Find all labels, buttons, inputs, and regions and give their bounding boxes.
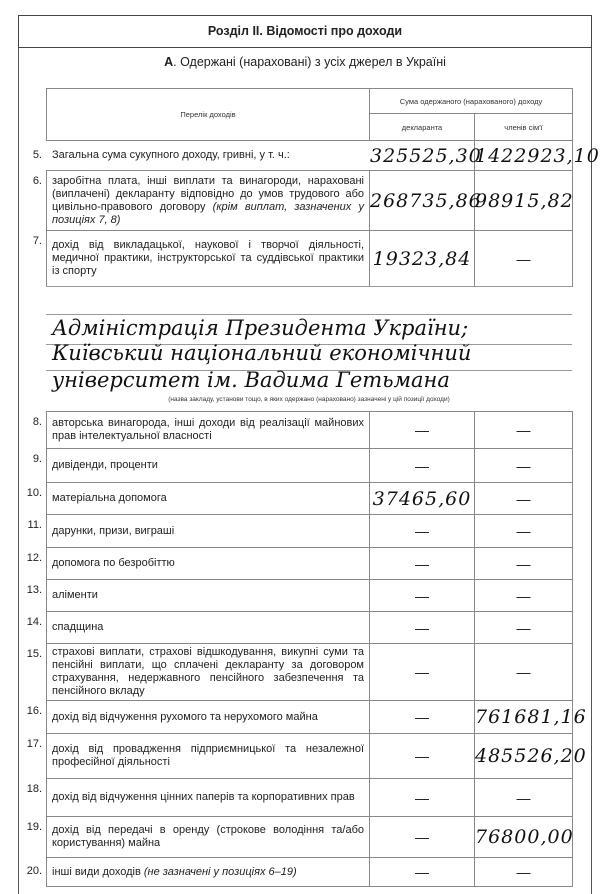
institution-line-3: університет ім. Вадима Гетьмана: [52, 368, 450, 392]
row-label: допомога по безробіттю: [47, 548, 370, 580]
declarant-amount: —: [370, 449, 475, 483]
income-table-header: Перелік доходів Сума одержаного (нарахов…: [46, 88, 573, 141]
row-label: дохід від відчуження рухомого та нерухом…: [47, 701, 370, 734]
declarant-amount: —: [370, 515, 475, 548]
table-row: авторська винагорода, інші доходи від ре…: [46, 411, 573, 449]
declarant-amount: 268735,86: [370, 171, 475, 231]
table-row: дохід від відчуження цінних паперів та к…: [46, 778, 573, 817]
table-row: матеріальна допомога37465,60—: [46, 482, 573, 515]
family-amount: —: [475, 858, 573, 887]
declarant-amount: —: [370, 817, 475, 858]
family-amount: 98915,82: [475, 171, 573, 231]
row-label: дарунки, призи, виграші: [47, 515, 370, 548]
declarant-amount: —: [370, 701, 475, 734]
table-row: заробітна плата, інші виплати та винагор…: [46, 170, 573, 231]
row-number: 7.: [22, 235, 42, 247]
subtitle-letter: А: [164, 55, 173, 69]
row-number: 10.: [22, 487, 42, 499]
table-row: дохід від викладацької, наукової і творч…: [46, 230, 573, 287]
row-number: 8.: [22, 416, 42, 428]
row-label-note: (не зазначені у позиціях 6–19): [144, 866, 297, 878]
header-declarant: декларанта: [370, 114, 475, 141]
table-row: аліменти——: [46, 579, 573, 612]
row-label-text: авторська винагорода, інші доходи від ре…: [52, 417, 364, 442]
row-number: 12.: [22, 552, 42, 564]
row-number: 17.: [22, 738, 42, 750]
header-sum: Сума одержаного (нарахованого) доходу: [370, 89, 573, 114]
row-number: 5.: [22, 149, 42, 161]
row-label-text: Загальна сума сукупного доходу, гривні, …: [52, 149, 290, 161]
table-row: дохід від відчуження рухомого та нерухом…: [46, 700, 573, 734]
table-row: спадщина——: [46, 611, 573, 644]
row-label-text: інші види доходів: [52, 866, 144, 878]
row-label-text: страхові виплати, страхові відшкодування…: [52, 646, 364, 697]
row-number: 20.: [22, 865, 42, 877]
table-row: дарунки, призи, виграші——: [46, 514, 573, 548]
institution-line-2: Київський національний економічний: [52, 341, 471, 365]
table-row: дохід від провадження підприємницької та…: [46, 733, 573, 779]
institution-caption: (назва закладу, установи тощо, в яких од…: [46, 396, 572, 403]
declarant-amount: —: [370, 612, 475, 644]
row-label: страхові виплати, страхові відшкодування…: [47, 644, 370, 701]
row-label: інші види доходів (не зазначені у позиці…: [47, 858, 370, 887]
table-row: Загальна сума сукупного доходу, гривні, …: [46, 140, 573, 171]
family-amount: —: [475, 483, 573, 515]
section-title: Розділ ІІ. Відомості про доходи: [18, 15, 592, 48]
family-amount: 485526,20: [475, 734, 573, 779]
row-label-text: матеріальна допомога: [52, 492, 167, 504]
row-label-text: дохід від відчуження рухомого та нерухом…: [52, 711, 318, 723]
family-amount: —: [475, 449, 573, 483]
row-number: 11.: [22, 519, 42, 531]
declarant-amount: 19323,84: [370, 231, 475, 287]
family-amount: —: [475, 515, 573, 548]
row-label: дивіденди, проценти: [47, 449, 370, 483]
institution-line-1: Адміністрація Президента України;: [52, 316, 468, 340]
family-amount: —: [475, 612, 573, 644]
row-label-text: дохід від провадження підприємницької та…: [52, 743, 364, 768]
row-label-text: дохід від викладацької, наукової і творч…: [52, 239, 364, 277]
family-amount: —: [475, 231, 573, 287]
table-row: допомога по безробіттю——: [46, 547, 573, 580]
family-amount: 1422923,10: [475, 141, 573, 171]
declarant-amount: 325525,30: [370, 141, 475, 171]
declarant-amount: —: [370, 858, 475, 887]
declarant-amount: —: [370, 548, 475, 580]
row-number: 6.: [22, 175, 42, 187]
family-amount: 76800,00: [475, 817, 573, 858]
table-row: страхові виплати, страхові відшкодування…: [46, 643, 573, 701]
subtitle-text: . Одержані (нараховані) з усіх джерел в …: [173, 55, 446, 69]
declarant-amount: —: [370, 734, 475, 779]
family-amount: —: [475, 412, 573, 449]
subtitle: А. Одержані (нараховані) з усіх джерел в…: [18, 55, 592, 69]
row-number: 18.: [22, 783, 42, 795]
row-label: дохід від передачі в оренду (строкове во…: [47, 817, 370, 858]
row-label-text: дохід від відчуження цінних паперів та к…: [52, 791, 355, 803]
header-family: членів сім'ї: [475, 114, 573, 141]
row-label: Загальна сума сукупного доходу, гривні, …: [47, 141, 370, 171]
family-amount: 761681,16: [475, 701, 573, 734]
family-amount: —: [475, 779, 573, 817]
family-amount: —: [475, 644, 573, 701]
institution-block: Адміністрація Президента України; Київсь…: [46, 286, 572, 394]
row-label-text: аліменти: [52, 589, 98, 601]
row-number: 16.: [22, 705, 42, 717]
row-label-text: дивіденди, проценти: [52, 459, 158, 471]
row-label-text: дарунки, призи, виграші: [52, 525, 174, 537]
family-amount: —: [475, 580, 573, 612]
declarant-amount: —: [370, 644, 475, 701]
declarant-amount: —: [370, 779, 475, 817]
declarant-amount: 37465,60: [370, 483, 475, 515]
table-row: дохід від передачі в оренду (строкове во…: [46, 816, 573, 858]
row-label-text: дохід від передачі в оренду (строкове во…: [52, 824, 364, 849]
declarant-amount: —: [370, 412, 475, 449]
row-label: заробітна плата, інші виплати та винагор…: [47, 171, 370, 231]
row-number: 14.: [22, 616, 42, 628]
table-row: дивіденди, проценти——: [46, 448, 573, 483]
row-number: 9.: [22, 453, 42, 465]
declarant-amount: —: [370, 580, 475, 612]
row-number: 15.: [22, 648, 42, 660]
row-label: дохід від викладацької, наукової і творч…: [47, 231, 370, 287]
row-label: авторська винагорода, інші доходи від ре…: [47, 412, 370, 449]
row-label: аліменти: [47, 580, 370, 612]
row-label: матеріальна допомога: [47, 483, 370, 515]
row-label-text: спадщина: [52, 621, 103, 633]
row-label: дохід від провадження підприємницької та…: [47, 734, 370, 779]
header-income-list: Перелік доходів: [47, 89, 370, 141]
family-amount: —: [475, 548, 573, 580]
table-row: інші види доходів (не зазначені у позиці…: [46, 857, 573, 887]
row-label: дохід від відчуження цінних паперів та к…: [47, 779, 370, 817]
row-label-text: допомога по безробіттю: [52, 557, 175, 569]
row-label: спадщина: [47, 612, 370, 644]
row-number: 13.: [22, 584, 42, 596]
row-number: 19.: [22, 821, 42, 833]
